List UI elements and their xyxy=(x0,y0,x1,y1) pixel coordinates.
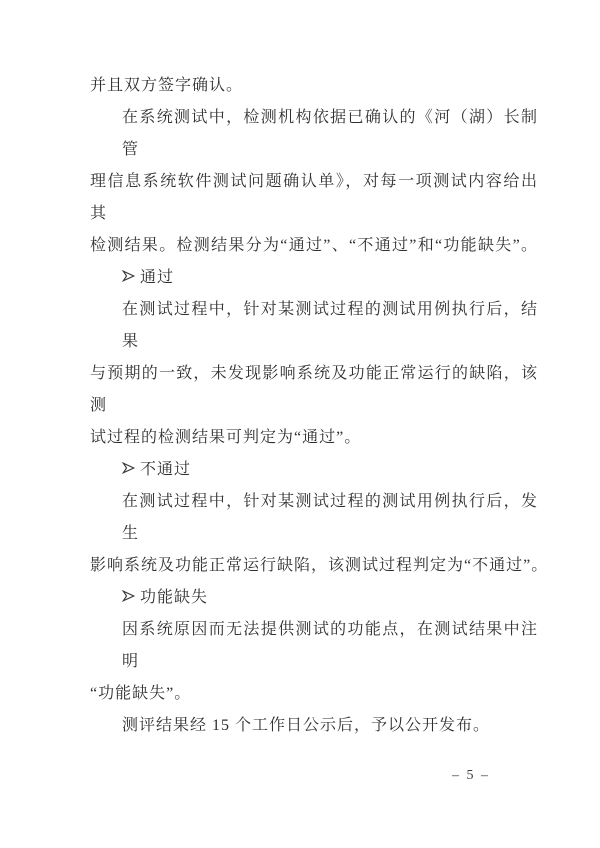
text-line: 检测结果。检测结果分为“通过”、“不通过”和“功能缺失”。 xyxy=(90,230,538,262)
text-line: 在系统测试中，检测机构依据已确认的《河（湖）长制管 xyxy=(90,102,538,166)
bullet-heading-line: 通过 xyxy=(90,262,538,294)
bullet-heading: 功能缺失 xyxy=(90,582,538,614)
paragraph: 测评结果经 15 个工作日公示后，予以公开发布。 xyxy=(90,710,538,742)
text-line: 测评结果经 15 个工作日公示后，予以公开发布。 xyxy=(90,710,538,742)
bullet-heading-line: 不通过 xyxy=(90,454,538,486)
bullet-heading: 通过 xyxy=(90,262,538,294)
text-line: 试过程的检测结果可判定为“通过”。 xyxy=(90,422,538,454)
bullet-label: 功能缺失 xyxy=(140,589,208,606)
bullet-label: 通过 xyxy=(140,269,174,286)
text-line: 与预期的一致，未发现影响系统及功能正常运行的缺陷，该测 xyxy=(90,358,538,422)
text-line: 在测试过程中，针对某测试过程的测试用例执行后，发生 xyxy=(90,486,538,550)
text-line: 理信息系统软件测试问题确认单》，对每一项测试内容给出其 xyxy=(90,166,538,230)
paragraph: 在测试过程中，针对某测试过程的测试用例执行后，结果与预期的一致，未发现影响系统及… xyxy=(90,294,538,454)
bullet-heading: 不通过 xyxy=(90,454,538,486)
paragraph: 在测试过程中，针对某测试过程的测试用例执行后，发生影响系统及功能正常运行缺陷，该… xyxy=(90,486,538,582)
bullet-label: 不通过 xyxy=(140,461,191,478)
text-line: 并且双方签字确认。 xyxy=(90,70,538,102)
arrowhead-right-icon xyxy=(122,461,136,475)
arrowhead-right-icon xyxy=(122,269,136,283)
page-footer: – 5 – xyxy=(0,765,600,789)
document-body: 并且双方签字确认。在系统测试中，检测机构依据已确认的《河（湖）长制管理信息系统软… xyxy=(90,70,538,742)
paragraph: 并且双方签字确认。 xyxy=(90,70,538,102)
document-page: 并且双方签字确认。在系统测试中，检测机构依据已确认的《河（湖）长制管理信息系统软… xyxy=(0,0,600,848)
bullet-heading-line: 功能缺失 xyxy=(90,582,538,614)
paragraph: 因系统原因而无法提供测试的功能点，在测试结果中注明“功能缺失”。 xyxy=(90,614,538,710)
arrowhead-right-icon xyxy=(122,589,136,603)
text-line: 在测试过程中，针对某测试过程的测试用例执行后，结果 xyxy=(90,294,538,358)
page-number: – 5 – xyxy=(452,765,490,787)
text-line: “功能缺失”。 xyxy=(90,678,538,710)
text-line: 影响系统及功能正常运行缺陷，该测试过程判定为“不通过”。 xyxy=(90,550,538,582)
paragraph: 在系统测试中，检测机构依据已确认的《河（湖）长制管理信息系统软件测试问题确认单》… xyxy=(90,102,538,262)
text-line: 因系统原因而无法提供测试的功能点，在测试结果中注明 xyxy=(90,614,538,678)
